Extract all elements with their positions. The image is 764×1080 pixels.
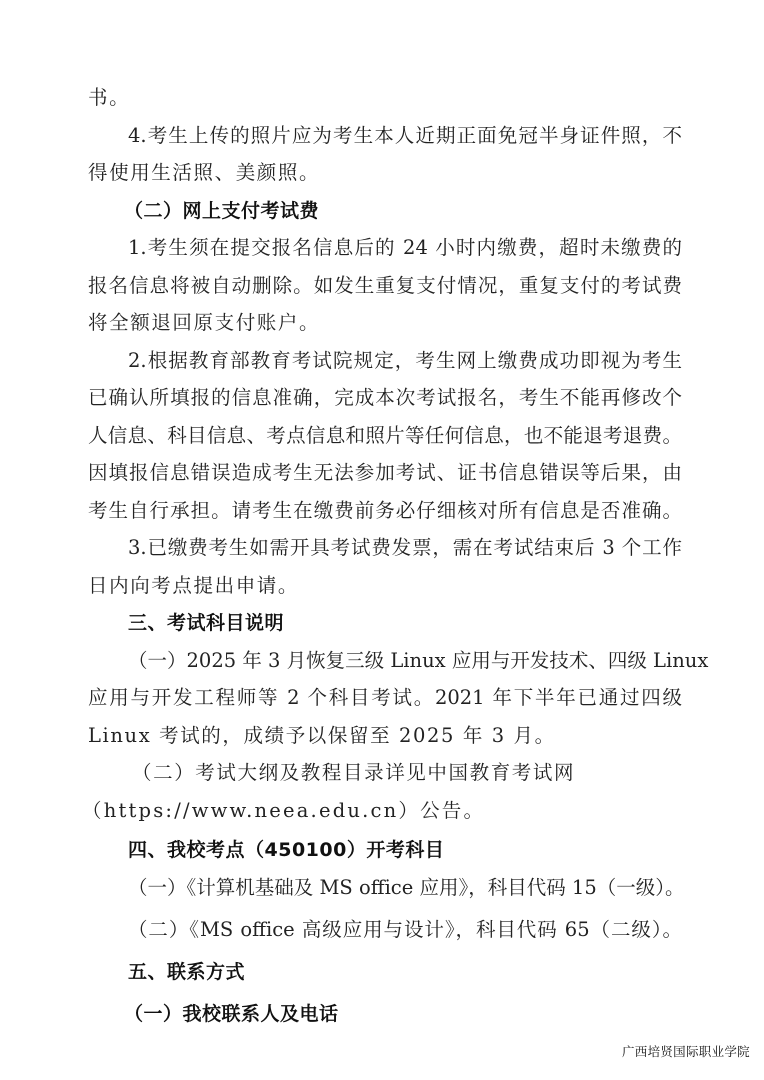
line-text: 2.根据教育部教育考试院规定，考生网上缴费成功即视为考生: [128, 349, 682, 372]
body-text-line: 因填报信息错误造成考生无法参加考试、证书信息错误等后果，由: [88, 459, 682, 487]
line-text: 应用与开发工程师等 2 个科目考试。2021 年下半年已通过四级: [88, 686, 682, 709]
line-text: 4.考生上传的照片应为考生本人近期正面免冠半身证件照，不: [128, 124, 682, 147]
body-text-line: 3.已缴费考生如需开具考试费发票，需在考试结束后 3 个工作: [128, 534, 682, 562]
line-text: 五、联系方式: [128, 961, 245, 983]
line-text: 1.考生须在提交报名信息后的 24 小时内缴费，超时未缴费的: [128, 236, 682, 259]
body-text-line: （一）2025 年 3 月恢复三级 Linux 应用与开发技术、四级 Linux: [128, 647, 682, 675]
line-text: （二）网上支付考试费: [124, 200, 319, 222]
body-text-line: 2.根据教育部教育考试院规定，考生网上缴费成功即视为考生: [128, 347, 682, 375]
institution-footer: 广西培贤国际职业学院: [622, 1042, 750, 1060]
line-text: （https://www.neea.edu.cn）公告。: [82, 799, 485, 822]
body-text-line: 人信息、科目信息、考点信息和照片等任何信息，也不能退考退费。: [88, 422, 682, 450]
body-text-line: 考生自行承担。请考生在缴费前务必仔细核对所有信息是否准确。: [88, 497, 682, 525]
neea-website-link[interactable]: （https://www.neea.edu.cn）公告。: [82, 797, 485, 825]
body-text-line: 日内向考点提出申请。: [88, 572, 299, 600]
line-text: 考生自行承担。请考生在缴费前务必仔细核对所有信息是否准确。: [88, 499, 682, 522]
line-text: 将全额退回原支付账户。: [88, 311, 320, 334]
subsection-heading: （二）网上支付考试费: [124, 197, 319, 225]
body-text-line: 4.考生上传的照片应为考生本人近期正面免冠半身证件照，不: [128, 122, 682, 150]
subsection-heading-contact-person: （一）我校联系人及电话: [124, 1000, 339, 1028]
body-text-line: 将全额退回原支付账户。: [88, 309, 320, 337]
line-text: 四、我校考点（450100）开考科目: [128, 839, 444, 861]
line-text: Linux 考试的，成绩予以保留至 2025 年 3 月。: [88, 724, 556, 747]
body-text-line: 报名信息将被自动删除。如发生重复支付情况，重复支付的考试费: [88, 272, 682, 300]
line-text: （二）考试大纲及教程目录详见中国教育考试网: [132, 761, 575, 784]
line-text: 三、考试科目说明: [128, 612, 284, 634]
line-text: （一）我校联系人及电话: [124, 1003, 339, 1025]
line-text: 得使用生活照、美颜照。: [88, 161, 320, 184]
line-text: （一）《计算机基础及 MS office 应用》，科目代码 15（一级）。: [128, 876, 684, 899]
section-heading-contact: 五、联系方式: [128, 958, 245, 986]
line-text: 报名信息将被自动删除。如发生重复支付情况，重复支付的考试费: [88, 274, 682, 297]
line-text: 3.已缴费考生如需开具考试费发票，需在考试结束后 3 个工作: [128, 536, 682, 559]
line-text: （一）2025 年 3 月恢复三级 Linux 应用与开发技术、四级 Linux: [128, 649, 708, 672]
line-text: （二）《MS office 高级应用与设计》，科目代码 65（二级）。: [128, 918, 682, 941]
line-text: 已确认所填报的信息准确，完成本次考试报名，考生不能再修改个: [88, 386, 682, 409]
line-text: 日内向考点提出申请。: [88, 574, 299, 597]
body-text-line: Linux 考试的，成绩予以保留至 2025 年 3 月。: [88, 722, 556, 750]
body-text-line: 应用与开发工程师等 2 个科目考试。2021 年下半年已通过四级: [88, 684, 682, 712]
body-text-line: 得使用生活照、美颜照。: [88, 159, 320, 187]
section-heading-exam-subjects: 三、考试科目说明: [128, 609, 284, 637]
section-heading-exam-center: 四、我校考点（450100）开考科目: [128, 836, 444, 864]
body-text-line: 已确认所填报的信息准确，完成本次考试报名，考生不能再修改个: [88, 384, 682, 412]
line-text: 人信息、科目信息、考点信息和照片等任何信息，也不能退考退费。: [88, 424, 682, 447]
body-text-line: 1.考生须在提交报名信息后的 24 小时内缴费，超时未缴费的: [128, 234, 682, 262]
subject-item-65: （二）《MS office 高级应用与设计》，科目代码 65（二级）。: [128, 916, 682, 944]
body-text-line: 书。: [88, 84, 130, 112]
line-text: 书。: [88, 86, 130, 109]
subject-item-15: （一）《计算机基础及 MS office 应用》，科目代码 15（一级）。: [128, 874, 682, 902]
body-text-line: （二）考试大纲及教程目录详见中国教育考试网: [132, 759, 575, 787]
line-text: 因填报信息错误造成考生无法参加考试、证书信息错误等后果，由: [88, 461, 682, 484]
